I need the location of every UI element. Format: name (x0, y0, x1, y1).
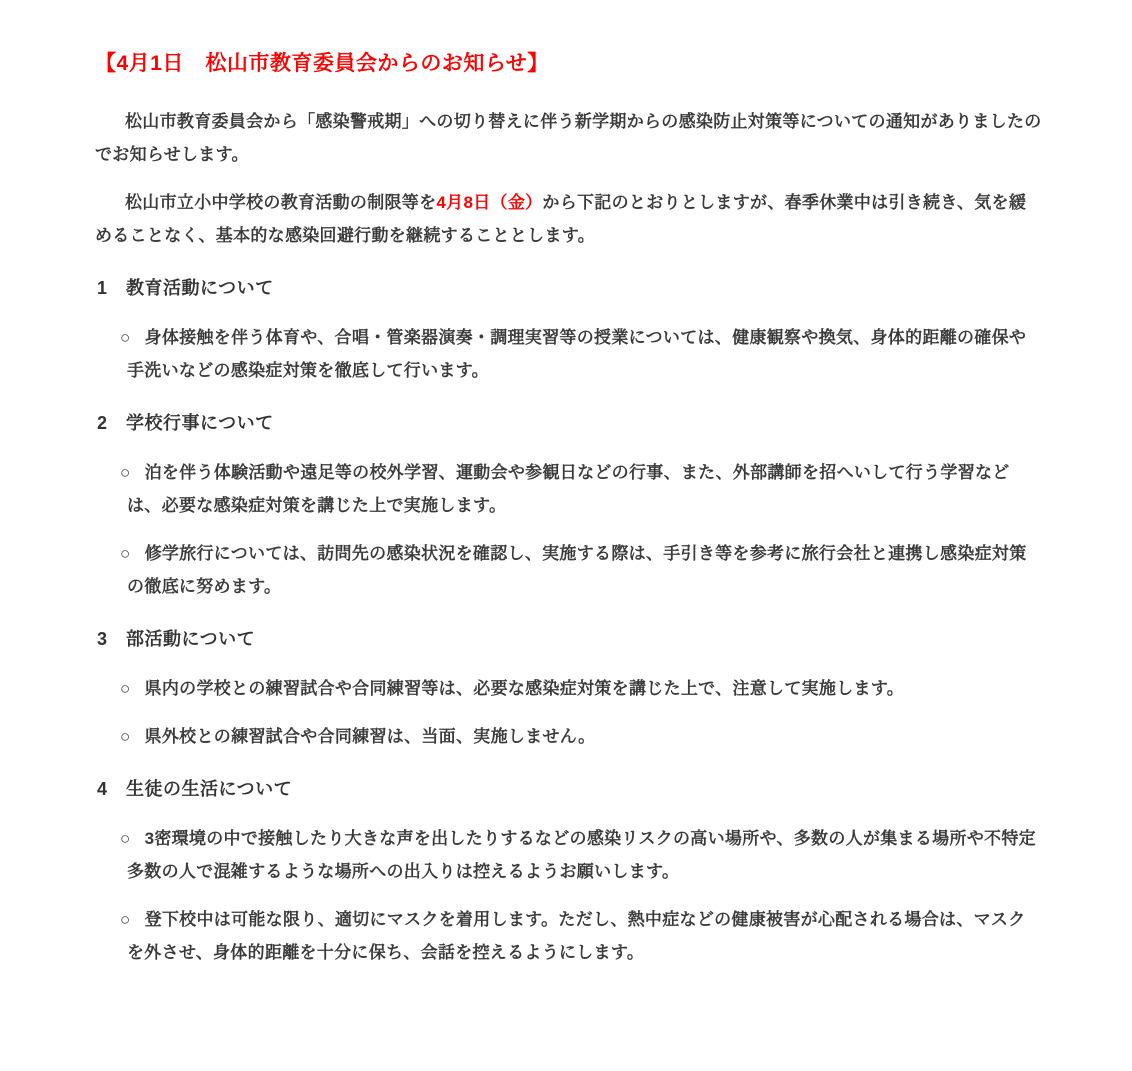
section-4-heading: 4 生徒の生活について (97, 777, 1042, 801)
intro-paragraph-2-before: 松山市立小中学校の教育活動の制限等を (125, 193, 436, 212)
bullet-text: 県外校との練習試合や合同練習は、当面、実施しません。 (145, 727, 596, 746)
list-item: ○3密環境の中で接触したり大きな声を出したりするなどの感染リスクの高い場所や、多… (95, 822, 1042, 888)
notice-title: 【4月1日 松山市教育委員会からのお知らせ】 (95, 50, 1042, 77)
notice-document: 【4月1日 松山市教育委員会からのお知らせ】 松山市教育委員会から「感染警戒期」… (0, 0, 1132, 1024)
intro-paragraph-2: 松山市立小中学校の教育活動の制限等を4月8日（金）から下記のとおりとしますが、春… (95, 186, 1042, 252)
list-item: ○登下校中は可能な限り、適切にマスクを着用します。ただし、熱中症などの健康被害が… (95, 903, 1042, 969)
circle-bullet-icon: ○ (120, 727, 131, 746)
section-2-heading: 2 学校行事について (97, 411, 1042, 435)
intro-paragraph-1: 松山市教育委員会から「感染警戒期」への切り替えに伴う新学期からの感染防止対策等に… (95, 105, 1042, 171)
bullet-text: 修学旅行については、訪問先の感染状況を確認し、実施する際は、手引き等を参考に旅行… (127, 544, 1027, 596)
circle-bullet-icon: ○ (120, 829, 131, 848)
effective-date-highlight: 4月8日（金） (436, 193, 542, 212)
circle-bullet-icon: ○ (120, 679, 131, 698)
bullet-text: 身体接触を伴う体育や、合唱・管楽器演奏・調理実習等の授業については、健康観察や換… (127, 328, 1026, 380)
circle-bullet-icon: ○ (120, 910, 131, 929)
bullet-text: 登下校中は可能な限り、適切にマスクを着用します。ただし、熱中症などの健康被害が心… (127, 910, 1026, 962)
section-3-heading: 3 部活動について (97, 627, 1042, 651)
list-item: ○県外校との練習試合や合同練習は、当面、実施しません。 (95, 720, 1042, 753)
section-1-heading: 1 教育活動について (97, 276, 1042, 300)
list-item: ○泊を伴う体験活動や遠足等の校外学習、運動会や参観日などの行事、また、外部講師を… (95, 456, 1042, 522)
list-item: ○県内の学校との練習試合や合同練習等は、必要な感染症対策を講じた上で、注意して実… (95, 672, 1042, 705)
circle-bullet-icon: ○ (120, 544, 131, 563)
list-item: ○修学旅行については、訪問先の感染状況を確認し、実施する際は、手引き等を参考に旅… (95, 537, 1042, 603)
list-item: ○身体接触を伴う体育や、合唱・管楽器演奏・調理実習等の授業については、健康観察や… (95, 321, 1042, 387)
bullet-text: 3密環境の中で接触したり大きな声を出したりするなどの感染リスクの高い場所や、多数… (127, 829, 1036, 881)
bullet-text: 泊を伴う体験活動や遠足等の校外学習、運動会や参観日などの行事、また、外部講師を招… (127, 463, 1010, 515)
circle-bullet-icon: ○ (120, 328, 131, 347)
bullet-text: 県内の学校との練習試合や合同練習等は、必要な感染症対策を講じた上で、注意して実施… (145, 679, 905, 698)
circle-bullet-icon: ○ (120, 463, 131, 482)
